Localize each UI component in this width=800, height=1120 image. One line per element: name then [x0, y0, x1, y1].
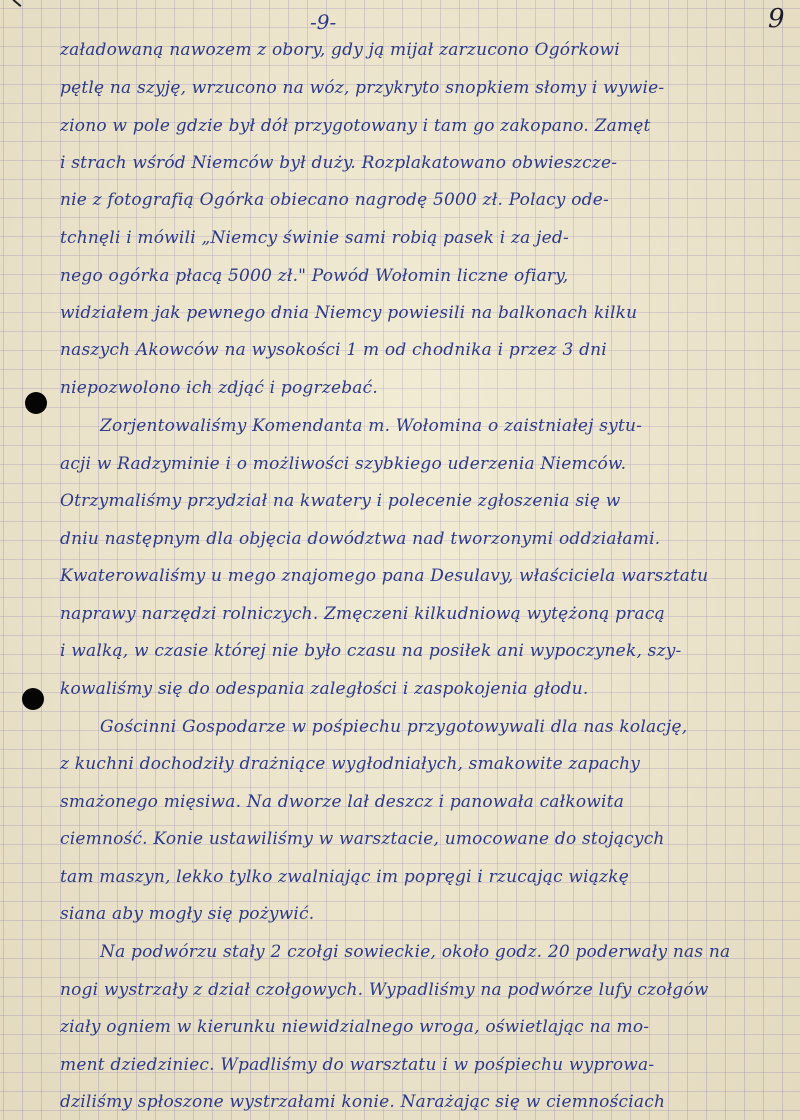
- text-line: kowaliśmy się do odespania zaległości i …: [60, 679, 588, 699]
- text-line: Otrzymaliśmy przydział na kwatery i pole…: [60, 491, 621, 511]
- text-line: pętlę na szyję, wrzucono na wóz, przykry…: [60, 78, 664, 98]
- text-line: tchnęli i mówili „Niemcy świnie sami rob…: [60, 228, 569, 248]
- text-line: nego ogórka płacą 5000 zł." Powód Wołomi…: [60, 266, 568, 286]
- paragraph-start-line: Gościnni Gospodarze w pośpiechu przygoto…: [60, 717, 687, 737]
- text-line: Kwaterowaliśmy u mego znajomego pana Des…: [60, 566, 708, 586]
- text-line: ciemność. Konie ustawiliśmy w warsztacie…: [60, 829, 665, 849]
- text-line: smażonego mięsiwa. Na dworze lał deszcz …: [60, 792, 624, 812]
- text-line: naprawy narzędzi rolniczych. Zmęczeni ki…: [60, 604, 665, 624]
- corner-pen-mark: [13, 0, 22, 7]
- text-line: załadowaną nawozem z obory, gdy ją mijał…: [60, 40, 620, 60]
- text-line: nogi wystrzały z dział czołgowych. Wypad…: [60, 980, 709, 1000]
- text-line: nie z fotografią Ogórka obiecano nagrodę…: [60, 190, 609, 210]
- text-line: i strach wśród Niemców był duży. Rozplak…: [60, 153, 617, 173]
- text-line: siana aby mogły się pożywić.: [60, 904, 314, 924]
- text-line: dniu następnym dla objęcia dowództwa nad…: [60, 529, 660, 549]
- text-line: niepozwolono ich zdjąć i pogrzebać.: [60, 378, 378, 398]
- text-line: dziliśmy spłoszone wystrzałami konie. Na…: [60, 1092, 665, 1112]
- paragraph-start-line: Zorjentowaliśmy Komendanta m. Wołomina o…: [60, 416, 642, 436]
- page-number-heading: -9-: [310, 10, 336, 34]
- text-line: ment dziedziniec. Wpadliśmy do warsztatu…: [60, 1055, 654, 1075]
- text-line: z kuchni dochodziły drażniące wygłodniał…: [60, 754, 640, 774]
- notebook-page: -9- 9 załadowaną nawozem z obory, gdy ją…: [0, 0, 800, 1120]
- punch-hole-upper: [25, 392, 47, 414]
- text-line: i walką, w czasie której nie było czasu …: [60, 641, 681, 661]
- punch-hole-lower: [22, 688, 44, 710]
- text-line: acji w Radzyminie i o możliwości szybkie…: [60, 454, 626, 474]
- text-line: naszych Akowców na wysokości 1 m od chod…: [60, 340, 607, 360]
- page-number-corner: 9: [768, 4, 785, 34]
- paragraph-start-line: Na podwórzu stały 2 czołgi sowieckie, ok…: [60, 942, 730, 962]
- text-line: tam maszyn, lekko tylko zwalniając im po…: [60, 867, 629, 887]
- text-line: ziono w pole gdzie był dół przygotowany …: [60, 116, 651, 136]
- text-line: ziały ogniem w kierunku niewidzialnego w…: [60, 1017, 649, 1037]
- text-line: widziałem jak pewnego dnia Niemcy powies…: [60, 303, 637, 323]
